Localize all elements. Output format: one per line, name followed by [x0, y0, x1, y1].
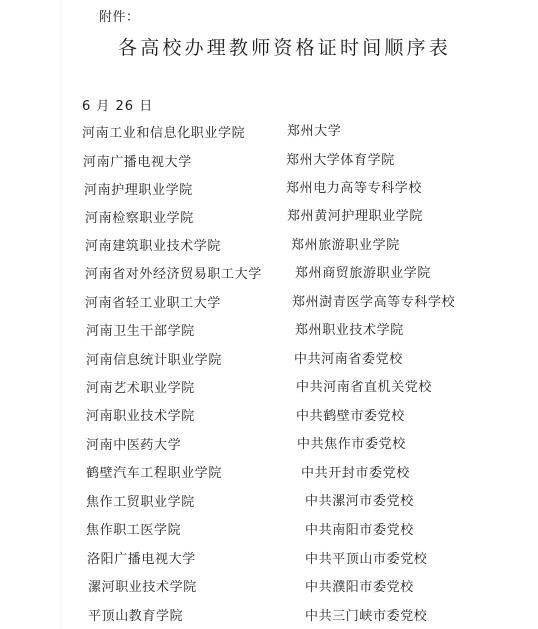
- right-item: 中共河南省委党校: [294, 348, 403, 367]
- left-item: 河南省对外经济贸易职工大学: [85, 263, 262, 282]
- left-item: 漯河职业技术学院: [88, 576, 197, 595]
- document-page: 附件： 各高校办理教师资格证时间顺序表 6 月 26 日 河南工业和信息化职业学…: [0, 0, 538, 629]
- left-item: 平顶山教育学院: [88, 605, 183, 624]
- right-item: 中共漯河市委党校: [305, 490, 414, 509]
- right-item: 中共鹤壁市委党校: [296, 405, 405, 424]
- left-item: 焦作职工医学院: [86, 519, 181, 538]
- left-item: 洛阳广播电视大学: [87, 548, 196, 567]
- right-item: 郑州旅游职业学院: [291, 234, 400, 253]
- left-item: 河南护理职业学院: [84, 179, 193, 198]
- left-item: 鹤壁汽车工程职业学院: [86, 462, 222, 481]
- right-item: 郑州职业技术学院: [295, 319, 404, 338]
- attachment-label: 附件：: [99, 6, 140, 25]
- right-item: 郑州商贸旅游职业学院: [295, 262, 431, 281]
- right-item: 中共三门峡市委党校: [305, 605, 427, 624]
- scan-edge: [60, 0, 62, 629]
- right-item: 中共平顶山市委党校: [305, 548, 427, 567]
- left-item: 河南信息统计职业学院: [86, 349, 222, 368]
- right-item: 中共开封市委党校: [301, 462, 410, 481]
- left-item: 焦作工贸职业学院: [86, 491, 195, 510]
- left-item: 河南广播电视大学: [83, 151, 192, 170]
- left-item: 河南职业技术学院: [86, 405, 195, 424]
- right-item: 中共濮阳市委党校: [305, 576, 414, 595]
- document-title: 各高校办理教师资格证时间顺序表: [118, 33, 451, 60]
- left-item: 河南卫生干部学院: [86, 320, 195, 339]
- right-item: 郑州黄河护理职业学院: [287, 205, 423, 224]
- right-item: 郑州大学体育学院: [286, 149, 395, 168]
- right-item: 中共河南省直机关党校: [296, 376, 432, 395]
- right-item: 郑州澍青医学高等专科学校: [292, 291, 455, 310]
- left-item: 河南工业和信息化职业学院: [82, 122, 245, 141]
- right-item: 郑州大学: [287, 120, 341, 139]
- left-item: 河南艺术职业学院: [86, 377, 195, 396]
- right-item: 郑州电力高等专科学校: [286, 177, 422, 196]
- left-item: 河南中医药大学: [86, 434, 181, 453]
- right-item: 中共南阳市委党校: [305, 519, 414, 538]
- left-item: 河南检察职业学院: [85, 207, 194, 226]
- left-item: 河南建筑职业技术学院: [85, 235, 221, 254]
- left-item: 河南省轻工业职工大学: [85, 292, 221, 311]
- date-heading: 6 月 26 日: [82, 95, 153, 114]
- right-item: 中共焦作市委党校: [297, 433, 406, 452]
